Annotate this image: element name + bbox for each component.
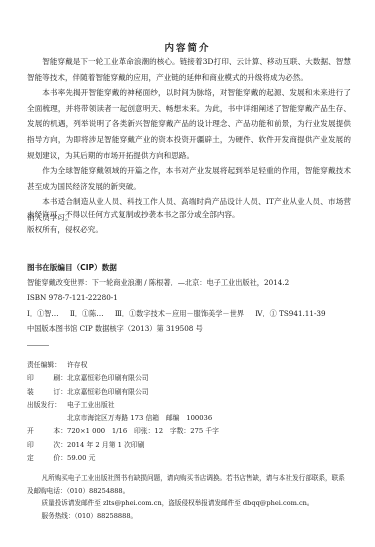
imprint-edition: 印次： 2014 年 2 月第 1 次印刷 xyxy=(27,439,357,452)
divider xyxy=(27,345,49,346)
content-summary: 智能穿戴是下一轮工业革命浪潮的核心。链接着3D打印、云计算、移动互联、大数据、智… xyxy=(27,54,351,226)
class-item: Ⅳ．① TS941.11-39 xyxy=(255,309,325,318)
address: 北京市海淀区万寿路 173 信箱 邮编 100036 xyxy=(67,412,357,425)
label: 出版发行 xyxy=(27,399,54,412)
value: 北京嘉恒彩色印刷有限公司 xyxy=(67,386,357,399)
colon: ： xyxy=(60,427,67,435)
colon: ： xyxy=(54,359,61,372)
summary-paragraph: 智能穿戴是下一轮工业革命浪潮的核心。链接着3D打印、云计算、移动互联、大数据、智… xyxy=(27,54,351,85)
value: 59.00 元 xyxy=(67,452,357,465)
section-title: 内容简介 xyxy=(0,40,375,54)
label: 印 xyxy=(27,439,34,452)
defect-notice: 凡所购买电子工业出版社图书有缺损问题，请向购买书店调换。若书店售缺，请与本社发行… xyxy=(27,472,351,497)
complaint-notice: 质量投诉请发邮件至 zlts@phei.com.cn，盗版侵权举报请发邮件至 d… xyxy=(27,497,351,510)
classification: Ⅰ．①智… Ⅱ．①陈… Ⅲ．①数字技术－应用－服饰美学－世界 Ⅳ．① TS941… xyxy=(27,306,357,321)
value: 许存权 xyxy=(67,359,357,372)
colon: ： xyxy=(60,388,67,396)
rights-reserved: 版权所有，侵权必究。 xyxy=(27,222,351,237)
cip-data: 智能穿戴改变世界：下一轮商业浪潮 / 陈根著．—北京：电子工业出版社，2014.… xyxy=(27,275,357,336)
colon: ： xyxy=(60,374,67,382)
label: 责任编辑 xyxy=(27,359,54,372)
label: 开 xyxy=(27,425,34,438)
imprint-editor: 责任编辑： 许存权 xyxy=(27,359,357,372)
copyright-notice: 未经许可，不得以任何方式复制或抄袭本书之部分或全部内容。 版权所有，侵权必究。 xyxy=(27,207,351,237)
imprint-publisher: 出版发行： 电子工业出版社 xyxy=(27,399,357,412)
imprint-format: 开本： 720×1 000 1/16 印张：12 字数：275 千字 xyxy=(27,425,357,438)
imprint-printing: 印刷： 北京嘉恒彩色印刷有限公司 xyxy=(27,372,357,385)
hotline: 服务热线：（010）88258888。 xyxy=(27,510,351,523)
cip-entry: 智能穿戴改变世界：下一轮商业浪潮 / 陈根著．—北京：电子工业出版社，2014.… xyxy=(27,275,357,290)
class-item: Ⅰ．①智… xyxy=(27,309,59,318)
imprint: 责任编辑： 许存权 印刷： 北京嘉恒彩色印刷有限公司 装订： 北京嘉恒彩色印刷有… xyxy=(27,359,357,465)
label: 印 xyxy=(27,372,34,385)
class-item: Ⅱ．①陈… xyxy=(70,309,104,318)
colon: ： xyxy=(60,454,67,462)
colon: ： xyxy=(60,441,67,449)
label: 装 xyxy=(27,386,34,399)
service-notice: 凡所购买电子工业出版社图书有缺损问题，请向购买书店调换。若书店售缺，请与本社发行… xyxy=(27,472,351,522)
cip-heading: 图书在版编目（CIP）数据 xyxy=(27,262,117,273)
value: 北京嘉恒彩色印刷有限公司 xyxy=(67,372,357,385)
copy-warning: 未经许可，不得以任何方式复制或抄袭本书之部分或全部内容。 xyxy=(27,207,351,222)
value: 电子工业出版社 xyxy=(67,399,357,412)
class-item: Ⅲ．①数字技术－应用－服饰美学－世界 xyxy=(115,309,244,318)
colon: ： xyxy=(54,399,61,412)
isbn: ISBN 978-7-121-22280-1 xyxy=(27,290,357,305)
imprint-address: 北京市海淀区万寿路 173 信箱 邮编 100036 xyxy=(27,412,357,425)
copyright-page: 内容简介 智能穿戴是下一轮工业革命浪潮的核心。链接着3D打印、云计算、移动互联、… xyxy=(0,0,375,547)
library-number: 中国版本图书馆 CIP 数据核字（2013）第 319508 号 xyxy=(27,321,357,336)
imprint-binding: 装订： 北京嘉恒彩色印刷有限公司 xyxy=(27,386,357,399)
summary-paragraph: 本书率先揭开智能穿戴的神秘面纱，以时间为脉络，对智能穿戴的起源、发展和未来进行了… xyxy=(27,85,351,163)
value: 2014 年 2 月第 1 次印刷 xyxy=(67,439,357,452)
imprint-price: 定价： 59.00 元 xyxy=(27,452,357,465)
value: 720×1 000 1/16 印张：12 字数：275 千字 xyxy=(67,425,357,438)
summary-paragraph: 作为全球智能穿戴领域的开篇之作，本书对产业发展将起到举足轻重的作用，智能穿戴技术… xyxy=(27,163,351,194)
label: 定 xyxy=(27,452,34,465)
